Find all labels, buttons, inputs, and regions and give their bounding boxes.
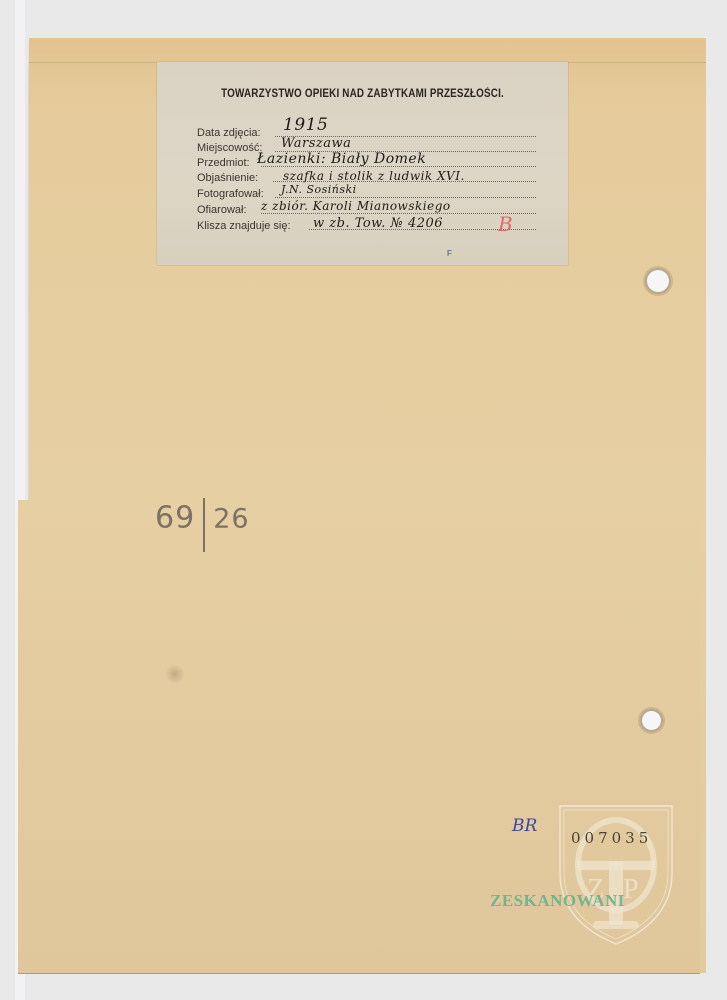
- punch-hole-top: [647, 270, 669, 292]
- field-label: Objaśnienie:: [197, 172, 258, 184]
- svg-text:P: P: [623, 874, 639, 905]
- initials-mark: BR: [512, 816, 537, 836]
- field-value: Warszawa: [281, 136, 351, 151]
- field-value: 1915: [283, 115, 328, 135]
- field-photographer: Fotografował: J.N. Sosiński: [197, 185, 536, 200]
- field-value: szafka i stolik z ludwik XVI.: [283, 169, 465, 183]
- field-label: Przedmiot:: [197, 157, 250, 169]
- field-label: Klisza znajduje się:: [197, 220, 291, 232]
- field-label: Miejscowość:: [197, 142, 262, 154]
- field-value: Łazienki: Biały Domek: [257, 151, 426, 167]
- paper-smudge: [166, 663, 184, 685]
- field-date: Data zdjęcia: 1915: [197, 124, 536, 139]
- field-value: w zb. Tow. № 4206: [313, 216, 443, 231]
- pencil-annotation-right: 26: [213, 504, 249, 535]
- field-label: Ofiarował:: [197, 204, 247, 216]
- pencil-annotation-left: 69: [155, 501, 195, 536]
- red-ink-mark: B: [498, 212, 513, 236]
- field-value: z zbiór. Karoli Mianowskiego: [261, 199, 451, 213]
- blue-ink-mark: F: [447, 249, 452, 258]
- field-explanation: Objaśnienie: szafka i stolik z ludwik XV…: [197, 169, 536, 184]
- scanned-stamp: ZESKANOWANI: [490, 891, 625, 911]
- field-label: Data zdjęcia:: [197, 127, 261, 139]
- shield-watermark-icon: Z P: [557, 803, 675, 947]
- field-value: J.N. Sosiński: [281, 183, 357, 196]
- field-donor: Ofiarował: z zbiór. Karoli Mianowskiego: [197, 201, 536, 216]
- dotted-line: [261, 213, 536, 214]
- pencil-divider: [203, 498, 205, 552]
- field-label: Fotografował:: [197, 188, 264, 200]
- pencil-annotation: 6926: [155, 492, 250, 546]
- punch-hole-bottom: [642, 711, 661, 730]
- card-title: TOWARZYSTWO OPIEKI NAD ZABYTKAMI PRZESZŁ…: [186, 88, 539, 100]
- field-subject: Przedmiot: Łazienki: Biały Domek: [197, 154, 536, 169]
- field-negative-location: Klisza znajduje się: w zb. Tow. № 4206: [197, 217, 536, 232]
- serial-number: 007035: [571, 829, 652, 847]
- dotted-line: [275, 197, 536, 198]
